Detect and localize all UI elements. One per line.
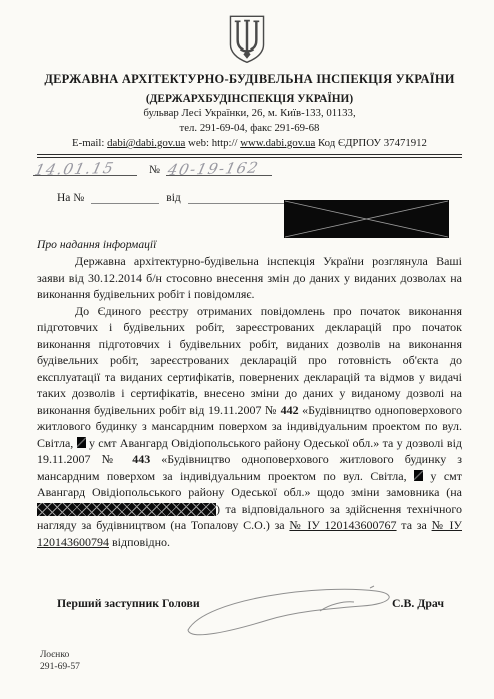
body-text: До Єдиного реєстру отриманих повідомлень… [37, 304, 462, 417]
date-slot: 14.01.15 [33, 161, 137, 176]
paragraph-1: Державна архітектурно-будівельна інспекц… [37, 253, 462, 303]
registry-ref-1: № ІУ 120143600767 [289, 518, 396, 532]
handwritten-date: 14.01.15 [33, 159, 116, 179]
org-contact-line: E-mail: dabi@dabi.gov.ua web: http:// ww… [37, 137, 462, 149]
org-short-name: (ДЕРЖАРХБУДІНСПЕКЦІЯ УКРАЇНИ) [37, 93, 462, 105]
reference-block: 14.01.15№40-19-162 На №від Про надання і… [37, 158, 462, 253]
outgoing-reference-row: 14.01.15№40-19-162 [33, 161, 272, 176]
executor-name: Лоєнко [40, 649, 80, 661]
org-phone-fax: тел. 291-69-04, факс 291-69-68 [37, 122, 462, 135]
body-text: та за [397, 518, 432, 532]
email-address: dabi@dabi.gov.ua [107, 137, 185, 149]
signer-name: С.В. Драч [392, 596, 444, 611]
reply-number-slot [91, 189, 159, 204]
redaction-box-addressee [284, 200, 449, 238]
signature-scribble-icon [172, 582, 402, 644]
reply-from-label: від [166, 192, 180, 204]
number-slot: 40-19-162 [166, 161, 272, 176]
edrpou-code: Код ЄДРПОУ 37471912 [315, 137, 427, 149]
redaction-x-icon [284, 200, 449, 238]
signature-block: Перший заступник Голови С.В. Драч [37, 590, 462, 650]
web-address: www.dabi.gov.ua [240, 137, 315, 149]
email-label: E-mail: [72, 137, 107, 149]
redaction-box-customer-1 [37, 503, 117, 516]
org-address: бульвар Лесі Українки, 26, м. Київ-133, … [37, 107, 462, 120]
org-name: ДЕРЖАВНА АРХІТЕКТУРНО-БУДІВЕЛЬНА ІНСПЕКЦ… [37, 72, 462, 87]
redaction-box-small [77, 437, 86, 448]
reply-on-label: На № [57, 192, 84, 204]
web-label: web: http:// [185, 137, 240, 149]
scanned-letter-page: ДЕРЖАВНА АРХІТЕКТУРНО-БУДІВЕЛЬНА ІНСПЕКЦ… [0, 0, 494, 699]
reply-reference-row: На №від [57, 189, 306, 204]
number-sign: № [149, 164, 160, 176]
paragraph-2: До Єдиного реєстру отриманих повідомлень… [37, 303, 462, 551]
permit-number-442: 442 [281, 403, 299, 417]
executor-phone: 291-69-57 [40, 661, 80, 673]
letter-body: Державна архітектурно-будівельна інспекц… [37, 253, 462, 550]
permit-number-443: 443 [132, 452, 150, 466]
ukraine-trident-icon [224, 14, 270, 66]
body-text: відповідно. [109, 535, 170, 549]
handwritten-number: 40-19-162 [166, 159, 261, 179]
executor-footer: Лоєнко 291-69-57 [40, 649, 80, 673]
redaction-box-small [414, 470, 423, 481]
redaction-box-customer-2 [117, 503, 216, 516]
letter-subject: Про надання інформації [37, 238, 156, 251]
